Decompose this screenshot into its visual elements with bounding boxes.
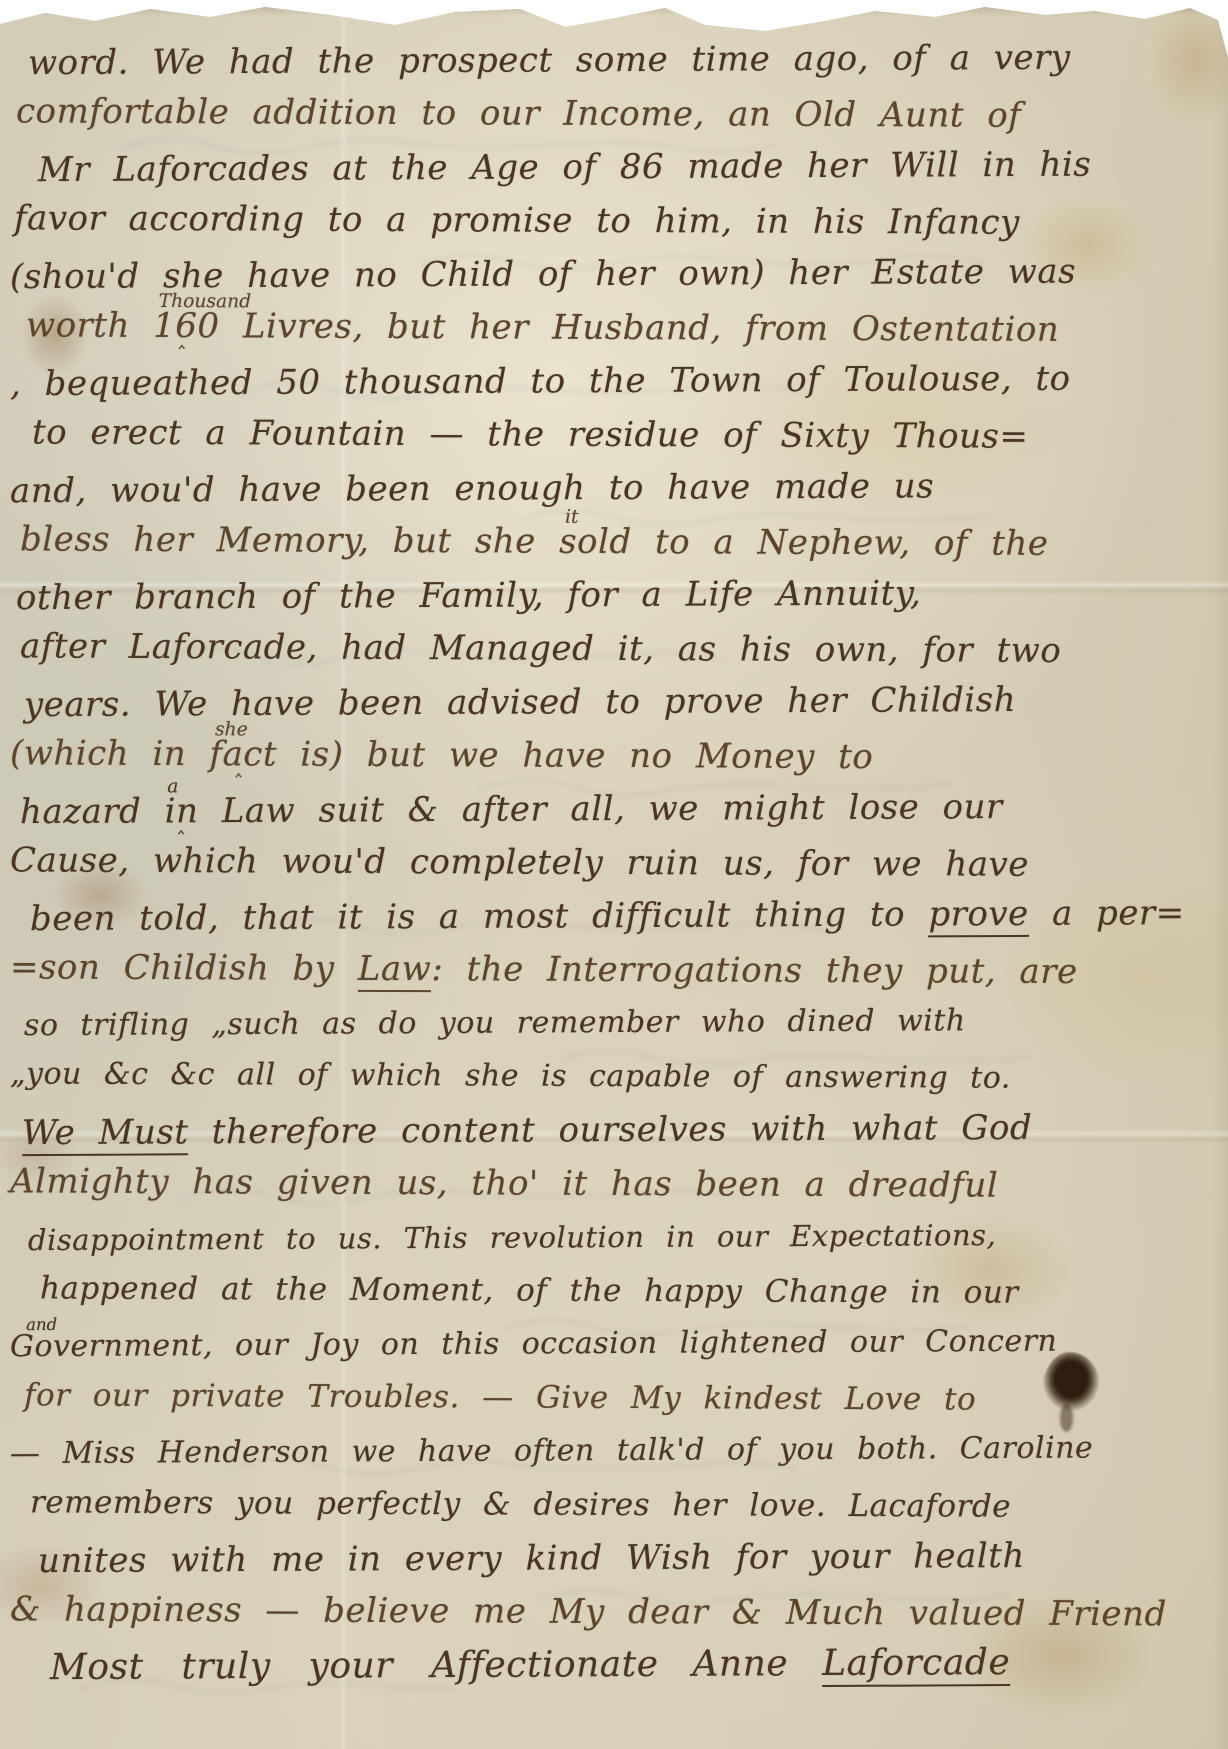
inserted-word: a: [167, 778, 178, 797]
letter-line: other branch of the Family, for a Life A…: [16, 566, 1228, 626]
letter-line: Most truly your AffectionateAnneLaforcad…: [50, 1636, 1228, 1696]
letter-line: happened at the Moment, of the happy Cha…: [40, 1262, 1228, 1321]
letter-line: favor according to a promise to him, in …: [14, 192, 1228, 251]
letter-text: years. We have been advised to prove her…: [24, 680, 1016, 725]
letter-line: We Must therefore content ourselves with…: [22, 1101, 1228, 1161]
letter-text: Cause, which wou'd completely ruin us, f…: [10, 840, 1029, 884]
letter-text: — Miss Henderson we have often talk'd of…: [10, 1431, 1093, 1472]
letter-text: for our private Troubles. — Give My kind…: [24, 1377, 976, 1417]
letter-line: , bequeathed 50 thousand to the Town of …: [10, 352, 1228, 412]
letter-text: and, wou'd have been enough to have made…: [10, 466, 934, 511]
letter-text: disappointment to us. This revolution in…: [28, 1218, 996, 1257]
letter-text: after Laforcade, had Managed it, as his …: [20, 626, 1061, 671]
letter-line: been told, that it is a most difficult t…: [30, 887, 1228, 947]
letter-line: — Miss Henderson we have often talk'd of…: [10, 1422, 1228, 1482]
letter-line: & happiness — believe me My dear & Much …: [10, 1583, 1228, 1642]
letter-text: hazard: [20, 791, 165, 832]
letter-line: and, wou'd have been enough to have made…: [10, 459, 1228, 519]
letter-text: therefore content ourselves with what Go…: [188, 1108, 1032, 1152]
letter-text: Laforcade: [822, 1642, 1010, 1687]
letter-text: : the Interrogations they put, are: [431, 949, 1077, 992]
letter-line: Cause, which wou'd completely ruin us, f…: [10, 834, 1228, 893]
letter-text: other branch of the Family, for a Life A…: [16, 573, 921, 618]
letter-text: Livres, but her Husband, from Ostentatio…: [220, 306, 1060, 350]
letter-line: Almighty has given us, tho' it has been …: [10, 1155, 1228, 1214]
letter-line: disappointment to us. This revolution in…: [28, 1208, 1228, 1268]
letter-text: favor according to a promise to him, in …: [14, 198, 1020, 242]
letter-line: =son Childish by Law: the Interrogations…: [10, 941, 1228, 1000]
letter-text: to a Nephew, of the: [632, 522, 1049, 564]
letter-line: word. We had the prospect some time ago,…: [28, 31, 1228, 91]
inserted-word: she: [215, 720, 248, 739]
letter-line: to erect a Fountain — the residue of Six…: [32, 406, 1228, 465]
letter-line: so trifling „such as do you remember who…: [24, 994, 1228, 1054]
letter-text: =son Childish by: [10, 947, 358, 989]
letter-text: prove: [928, 894, 1029, 938]
letter-text: a per=: [1029, 893, 1185, 934]
letter-text: We Must: [22, 1112, 189, 1156]
inserted-word: it: [565, 508, 579, 527]
letter-text: 160Thousand: [153, 305, 220, 345]
letter-text: (which in: [10, 733, 210, 774]
letter-text: happened at the Moment, of the happy Cha…: [40, 1270, 1019, 1310]
letter-text: bless her Memory, but she: [20, 519, 559, 561]
letter-line: years. We have been advised to prove her…: [24, 673, 1228, 733]
letter-line: bless her Memory, but she soldit to a Ne…: [20, 513, 1228, 572]
letter-text: so trifling „such as do you remember who…: [24, 1003, 966, 1043]
letter-line: remembers you perfectly & desires her lo…: [30, 1476, 1228, 1535]
letter-text: Anne: [692, 1643, 788, 1685]
letter-text: is) but we have no Money to: [277, 734, 873, 777]
letter-text: „you &c &c all of which she is capable o…: [10, 1056, 1011, 1095]
letter-text: Almighty has given us, tho' it has been …: [10, 1161, 998, 1205]
letter-text: soldit: [559, 521, 632, 561]
letter-text: unites with me in every kind Wish for yo…: [38, 1536, 1025, 1581]
letter-text: Most truly your Affectionate: [50, 1644, 659, 1688]
letter-text: our Joy on this occasion lightened our C…: [213, 1324, 1057, 1363]
letter-line: „you &c &c all of which she is capable o…: [10, 1048, 1228, 1107]
letter-line: (which in factshe is) but we have no Mon…: [10, 727, 1228, 786]
letter-text: comfortable addition to our Income, an O…: [16, 91, 1021, 135]
letter-line: unites with me in every kind Wish for yo…: [38, 1529, 1228, 1589]
letter-line: hazard ina Law suit & after all, we migh…: [20, 780, 1228, 840]
letter-line: comfortable addition to our Income, an O…: [16, 85, 1228, 144]
letter-text: factshe: [209, 734, 277, 774]
letter-text: & happiness — believe me My dear & Much …: [10, 1589, 1167, 1634]
letter-text: remembers you perfectly & desires her lo…: [30, 1484, 1011, 1524]
letter-body: word. We had the prospect some time ago,…: [10, 34, 1228, 1693]
letter-text: Mr Laforcades at the Age of 86 made her …: [38, 145, 1091, 191]
letter-text: to erect a Fountain — the residue of Six…: [32, 412, 1029, 456]
letter-line: after Laforcade, had Managed it, as his …: [20, 620, 1228, 679]
letter-line: worth 160Thousand Livres, but her Husban…: [26, 299, 1228, 358]
letter-text: Government,and: [10, 1328, 213, 1364]
letter-text: word. We had the prospect some time ago,…: [28, 38, 1071, 83]
letter-text: Law: [358, 948, 432, 991]
inserted-word: and: [26, 1317, 57, 1334]
letter-text: been told, that it is a most difficult t…: [30, 894, 929, 939]
letter-line: Mr Laforcades at the Age of 86 made her …: [38, 138, 1228, 198]
letter-text: ina: [165, 791, 199, 831]
letter-page: word. We had the prospect some time ago,…: [0, 0, 1228, 1749]
letter-text: Law suit & after all, we might lose our: [198, 787, 1002, 831]
letter-line: Government,and our Joy on this occasion …: [10, 1315, 1228, 1375]
letter-text: , bequeathed 50 thousand to the Town of …: [10, 359, 1071, 405]
letter-text: worth: [26, 305, 153, 346]
